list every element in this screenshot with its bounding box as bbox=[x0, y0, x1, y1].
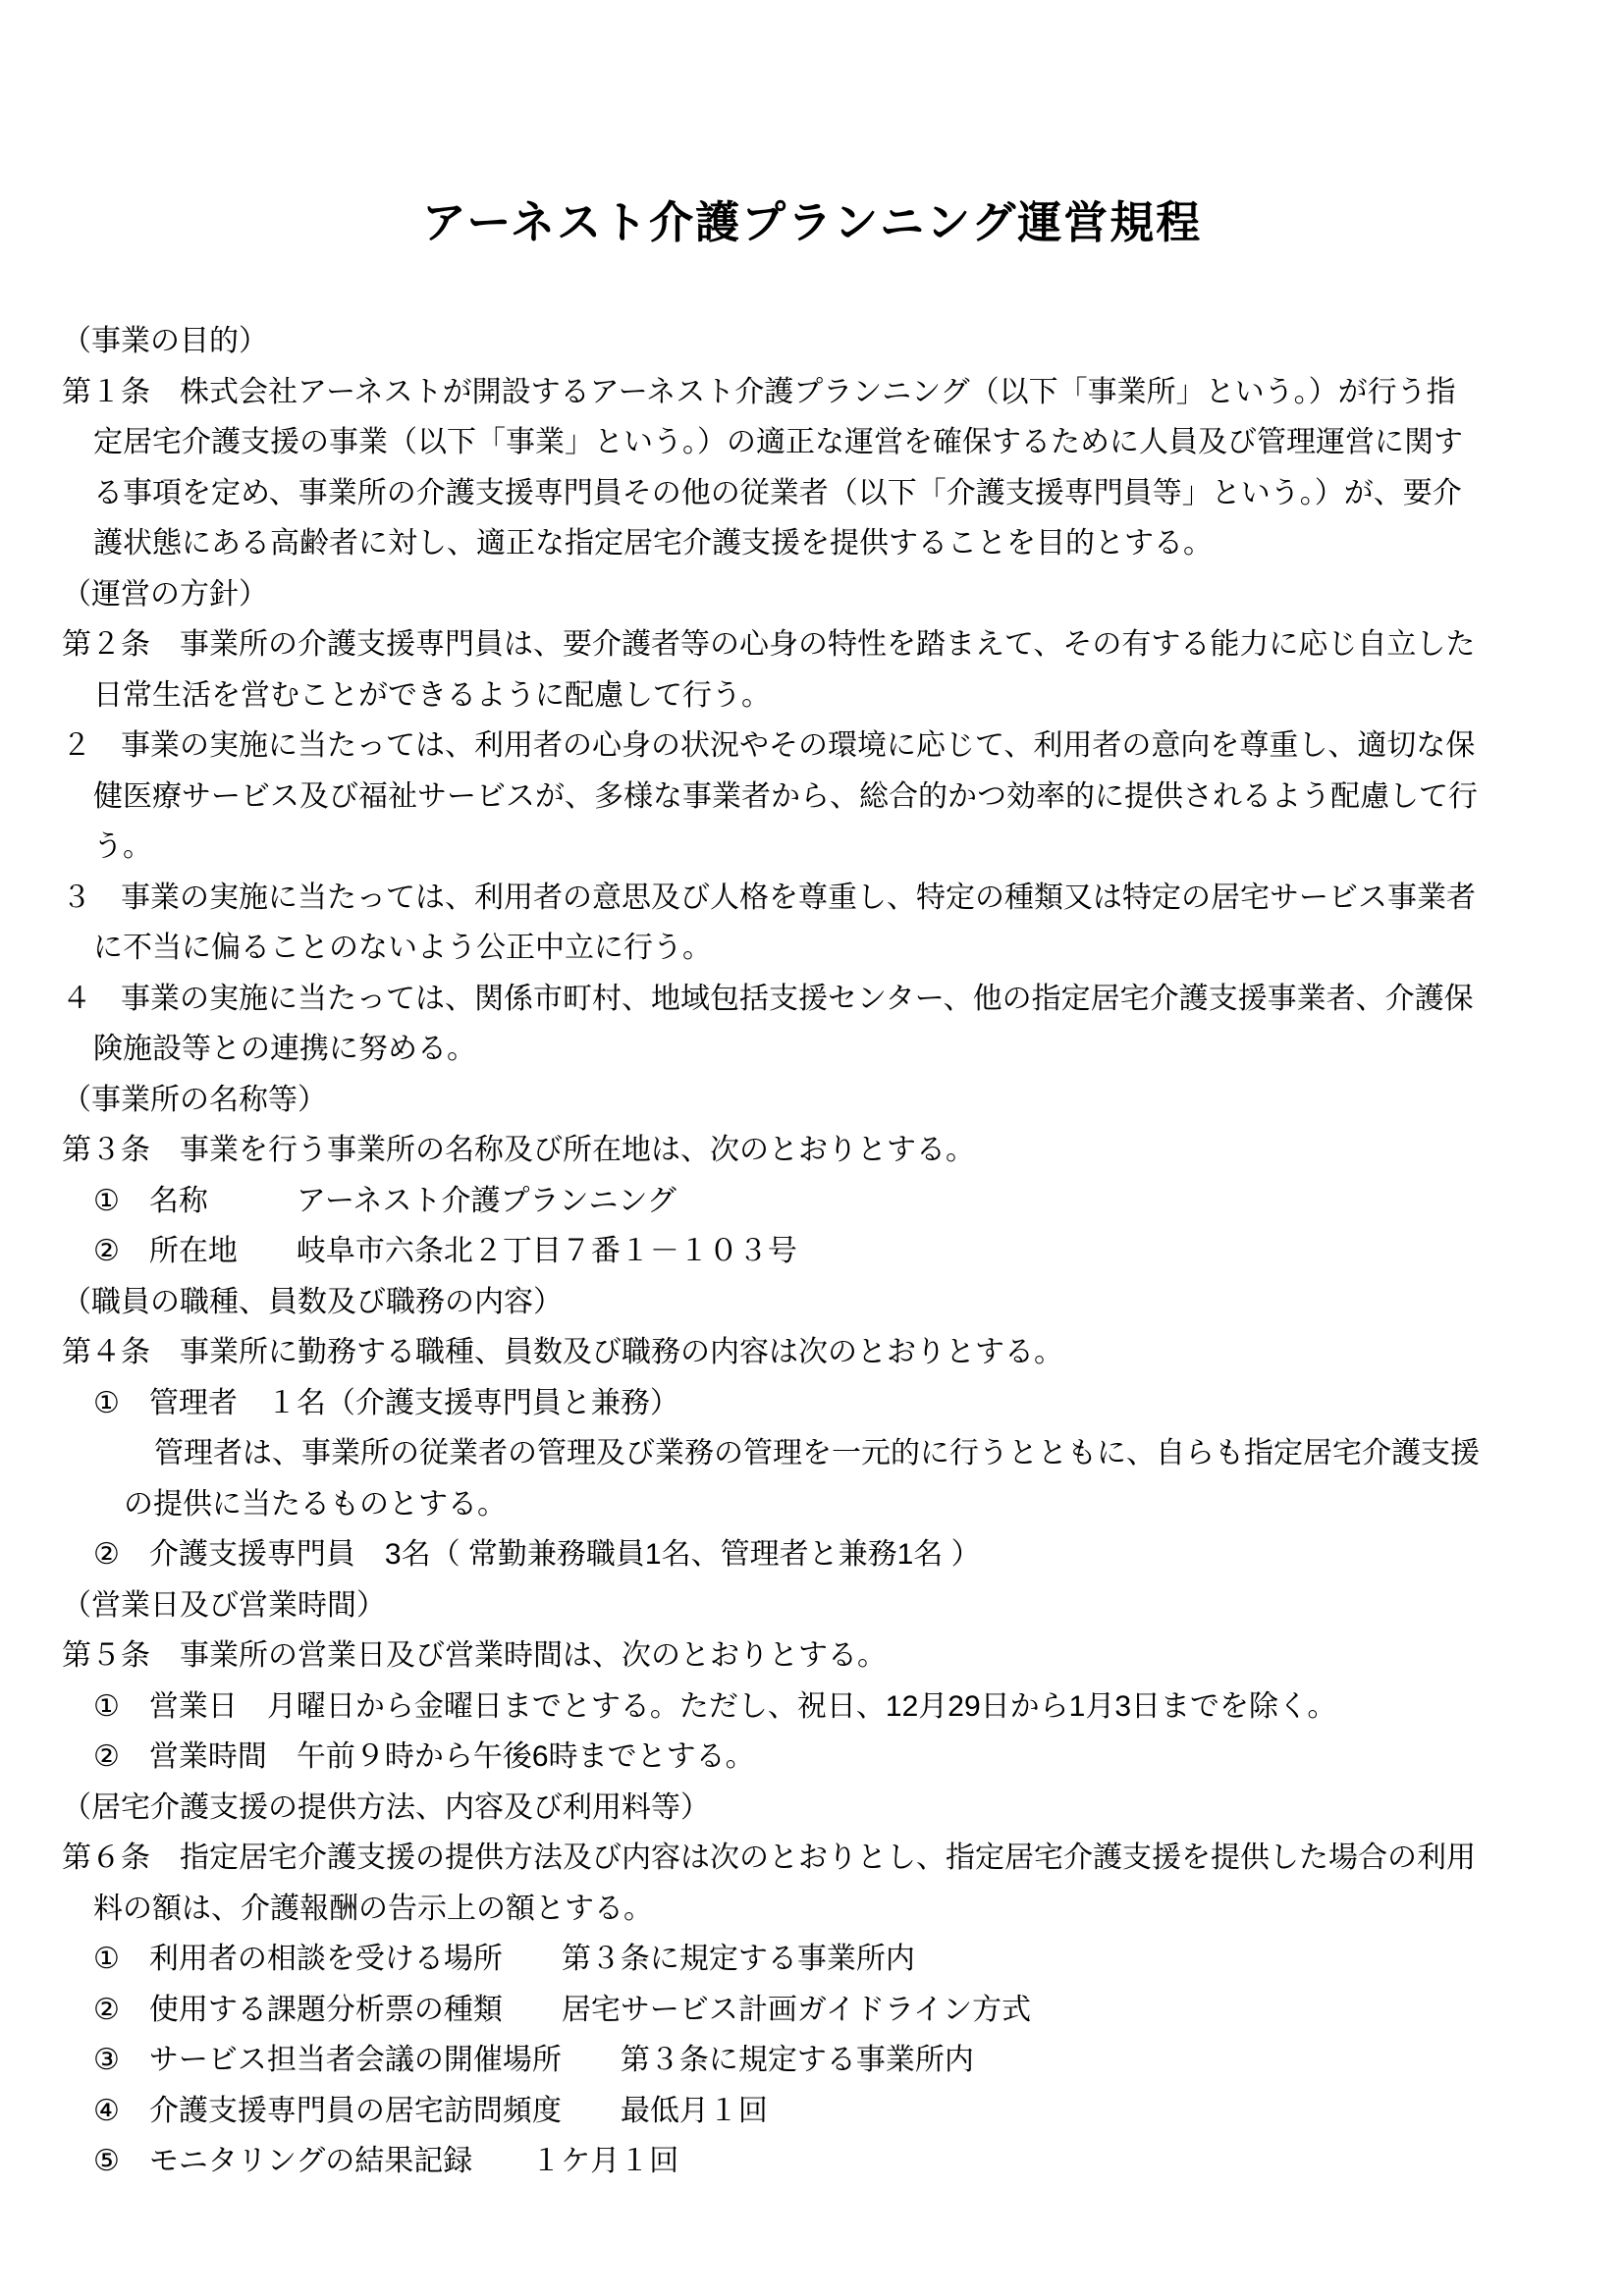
document-line: 第６条 指定居宅介護支援の提供方法及び内容は次のとおりとし、指定居宅介護支援を提… bbox=[0, 1833, 1624, 1884]
document-line: ① 名称 アーネスト介護プランニング bbox=[0, 1176, 1624, 1227]
document-line: ④ 介護支援専門員の居宅訪問頻度 最低月１回 bbox=[0, 2086, 1624, 2137]
document-line: （事業所の名称等） bbox=[0, 1075, 1624, 1126]
document-line: の提供に当たるものとする。 bbox=[0, 1479, 1624, 1530]
document-line: （事業の目的） bbox=[0, 316, 1624, 367]
document-line: ② 使用する課題分析票の種類 居宅サービス計画ガイドライン方式 bbox=[0, 1985, 1624, 2036]
document-line: （職員の職種、員数及び職務の内容） bbox=[0, 1277, 1624, 1328]
document-line: る事項を定め、事業所の介護支援専門員その他の従業者（以下「介護支援専門員等」とい… bbox=[0, 468, 1624, 519]
document-line: ③ サービス担当者会議の開催場所 第３条に規定する事業所内 bbox=[0, 2035, 1624, 2086]
document-body: （事業の目的）第１条 株式会社アーネストが開設するアーネスト介護プランニング（以… bbox=[0, 316, 1624, 2187]
document-line: ① 営業日 月曜日から金曜日までとする。ただし、祝日、12月29日から1月3日ま… bbox=[0, 1682, 1624, 1733]
document-line: 第１条 株式会社アーネストが開設するアーネスト介護プランニング（以下「事業所」と… bbox=[0, 367, 1624, 418]
document-line: ② 営業時間 午前９時から午後6時までとする。 bbox=[0, 1732, 1624, 1783]
document-line: 第５条 事業所の営業日及び営業時間は、次のとおりとする。 bbox=[0, 1630, 1624, 1682]
document-line: ３ 事業の実施に当たっては、利用者の意思及び人格を尊重し、特定の種類又は特定の居… bbox=[0, 873, 1624, 924]
document-line: 料の額は、介護報酬の告示上の額とする。 bbox=[0, 1884, 1624, 1935]
document-line: 護状態にある高齢者に対し、適正な指定居宅介護支援を提供することを目的とする。 bbox=[0, 518, 1624, 569]
document-line: ４ 事業の実施に当たっては、関係市町村、地域包括支援センター、他の指定居宅介護支… bbox=[0, 974, 1624, 1025]
document-line: 日常生活を営むことができるように配慮して行う。 bbox=[0, 670, 1624, 721]
document-line: 健医療サービス及び福祉サービスが、多様な事業者から、総合的かつ効率的に提供される… bbox=[0, 772, 1624, 823]
document-page: アーネスト介護プランニング運営規程 （事業の目的）第１条 株式会社アーネストが開… bbox=[0, 0, 1624, 2296]
document-line: ２ 事業の実施に当たっては、利用者の心身の状況やその環境に応じて、利用者の意向を… bbox=[0, 721, 1624, 772]
document-line: に不当に偏ることのないよう公正中立に行う。 bbox=[0, 923, 1624, 974]
document-line: （居宅介護支援の提供方法、内容及び利用料等） bbox=[0, 1783, 1624, 1834]
document-line: 第３条 事業を行う事業所の名称及び所在地は、次のとおりとする。 bbox=[0, 1125, 1624, 1176]
document-title: アーネスト介護プランニング運営規程 bbox=[0, 200, 1624, 244]
document-line: 第２条 事業所の介護支援専門員は、要介護者等の心身の特性を踏まえて、その有する能… bbox=[0, 619, 1624, 670]
document-line: ① 利用者の相談を受ける場所 第３条に規定する事業所内 bbox=[0, 1934, 1624, 1985]
document-line: ② 介護支援専門員 3名（ 常勤兼務職員1名、管理者と兼務1名 ） bbox=[0, 1529, 1624, 1580]
document-line: ② 所在地 岐阜市六条北２丁目７番１－１０３号 bbox=[0, 1226, 1624, 1277]
document-line: 険施設等との連携に努める。 bbox=[0, 1024, 1624, 1075]
document-line: ① 管理者 １名（介護支援専門員と兼務） bbox=[0, 1378, 1624, 1429]
document-line: う。 bbox=[0, 822, 1624, 873]
document-line: 管理者は、事業所の従業者の管理及び業務の管理を一元的に行うとともに、自らも指定居… bbox=[0, 1428, 1624, 1479]
document-line: 定居宅介護支援の事業（以下「事業」という。）の適正な運営を確保するために人員及び… bbox=[0, 417, 1624, 468]
document-line: （運営の方針） bbox=[0, 569, 1624, 620]
document-line: 第４条 事業所に勤務する職種、員数及び職務の内容は次のとおりとする。 bbox=[0, 1327, 1624, 1378]
document-line: ⑤ モニタリングの結果記録 １ケ月１回 bbox=[0, 2136, 1624, 2187]
document-line: （営業日及び営業時間） bbox=[0, 1580, 1624, 1631]
